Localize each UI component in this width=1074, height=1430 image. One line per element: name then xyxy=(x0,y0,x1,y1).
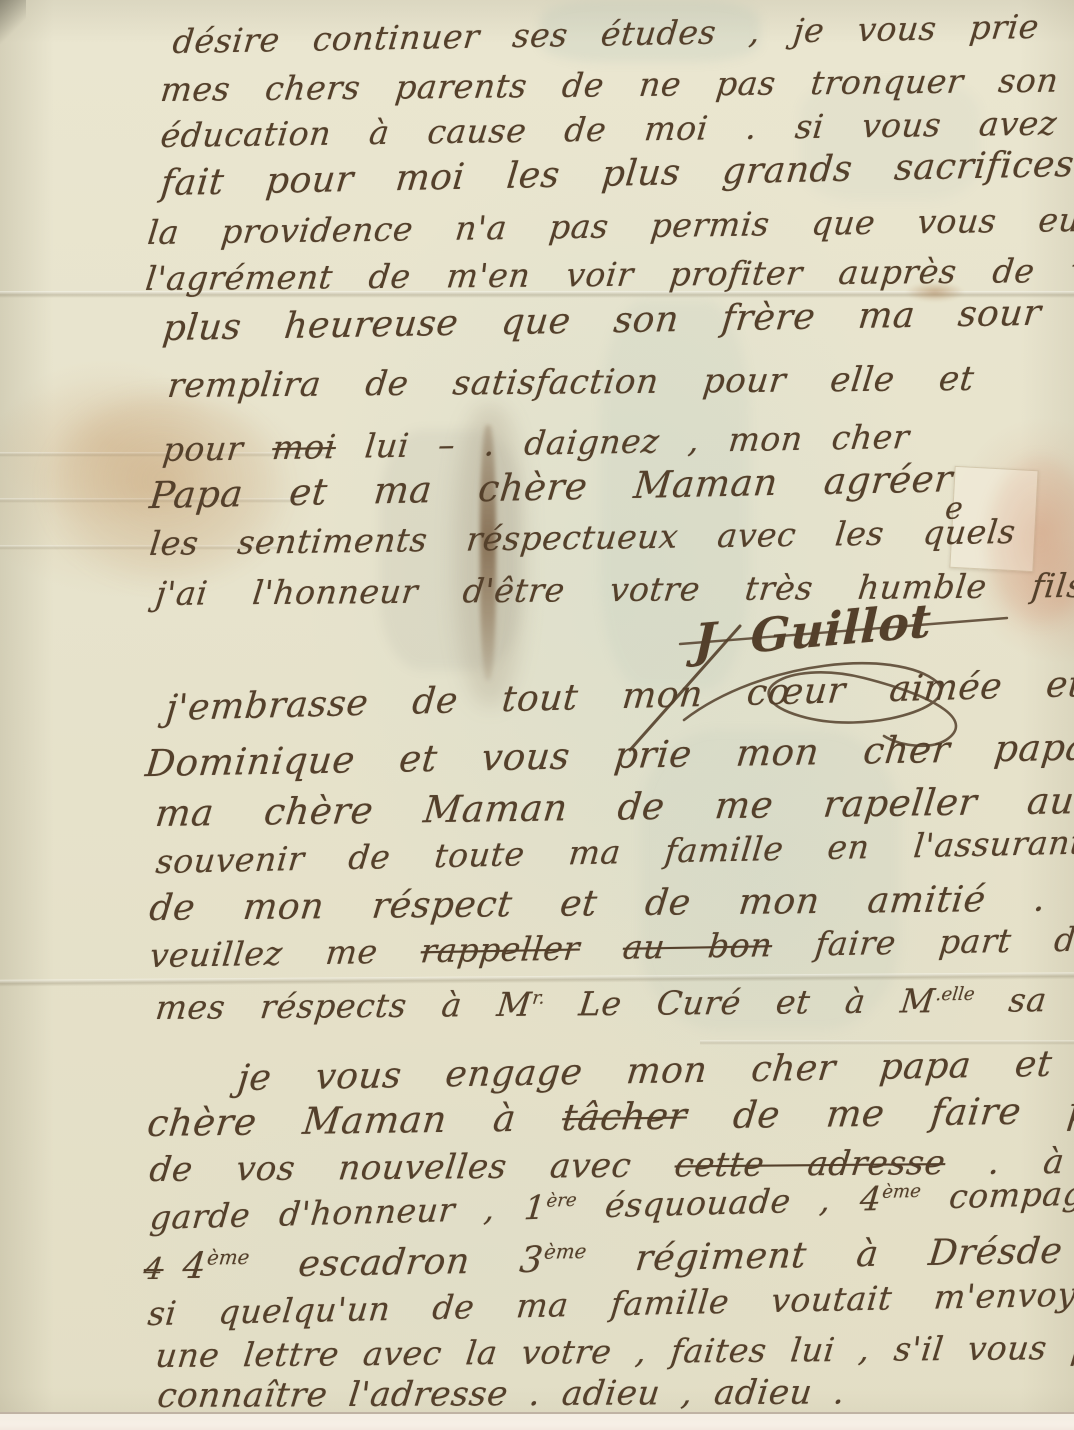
line-segment: ère xyxy=(546,1190,578,1212)
line-segment: j'embrasse de tout mon cœur aimée et xyxy=(164,664,1074,729)
line-segment: tâcher xyxy=(560,1094,689,1139)
line-segment: veuillez me xyxy=(148,931,423,975)
handwritten-line: Dominique et vous prie mon cher papa et xyxy=(143,724,1074,785)
stray-ink-mark: e xyxy=(944,491,964,527)
line-segment: Le Curé et à M xyxy=(542,981,937,1023)
handwritten-line: désire continuer ses études , je vous pr… xyxy=(171,7,1041,61)
line-segment: e xyxy=(944,491,964,527)
line-segment: une lettre avec la votre , faites lui , … xyxy=(154,1327,1074,1375)
handwritten-line: plus heureuse que son frère ma sour vous xyxy=(161,290,1074,349)
handwritten-line: 4 xyxy=(142,1252,166,1287)
line-segment: au bon xyxy=(621,925,774,967)
handwritten-line: l'agrément de m'en voir profiter auprès … xyxy=(144,250,1074,298)
line-segment: rappeller xyxy=(419,928,582,970)
handwritten-line: j'embrasse de tout mon cœur aimée et xyxy=(164,664,1074,729)
handwritten-line: de mon réspect et de mon amitié . xyxy=(147,879,1048,929)
line-segment: de me faire passer xyxy=(685,1087,1074,1137)
line-segment: 4 xyxy=(142,1252,166,1287)
handwritten-line: j'ai l'honneur d'être votre très humble … xyxy=(154,566,1074,613)
line-segment: Dominique et vous prie mon cher papa et xyxy=(143,724,1074,785)
line-segment: ème xyxy=(881,1181,922,1203)
line-segment: moi xyxy=(270,427,338,467)
line-segment: mes chers parents de ne pas tronquer son… xyxy=(159,60,1074,110)
line-segment: mes réspects à M xyxy=(154,985,534,1027)
line-segment: ème xyxy=(206,1246,251,1270)
line-segment: de mon réspect et de mon amitié . xyxy=(147,879,1048,929)
line-segment: ésquouade , 4 xyxy=(574,1179,883,1226)
line-segment: pour xyxy=(161,428,275,469)
line-segment: la providence n'a pas permis que vous eu… xyxy=(146,199,1074,252)
letter-scan: désire continuer ses études , je vous pr… xyxy=(0,0,1074,1430)
line-segment: l'agrément de m'en voir profiter auprès … xyxy=(144,250,1074,298)
line-segment: compagnie xyxy=(918,1172,1074,1217)
handwritten-line: remplira de satisfaction pour elle et xyxy=(165,359,976,406)
handwritten-line: mes réspects à Mr. Le Curé et à M.elle s… xyxy=(154,979,1074,1027)
line-segment: lui – . daignez , mon cher xyxy=(334,417,912,466)
page-corner-shadow xyxy=(0,0,26,44)
handwritten-line: une lettre avec la votre , faites lui , … xyxy=(154,1327,1074,1375)
handwritten-line: la providence n'a pas permis que vous eu… xyxy=(146,199,1074,252)
line-segment: les sentiments réspectueux avec les quel… xyxy=(148,512,1018,563)
line-segment: j'ai l'honneur d'être votre très humble … xyxy=(154,566,1074,613)
line-segment: sa nièce . xyxy=(972,979,1074,1020)
line-segment: plus heureuse que son frère ma sour vous xyxy=(161,290,1074,349)
line-segment: connaître l'adresse . adieu , adieu . xyxy=(155,1372,847,1416)
line-segment xyxy=(578,928,625,968)
line-segment: de vos nouvelles avec xyxy=(147,1145,677,1190)
line-segment: .elle xyxy=(935,984,976,1005)
line-segment: remplira de satisfaction pour elle et xyxy=(165,359,976,406)
line-segment: désire continuer ses études , je vous pr… xyxy=(171,7,1041,61)
line-segment: faire part de xyxy=(770,919,1074,964)
line-segment: chère Maman à xyxy=(145,1096,564,1145)
handwritten-line: connaître l'adresse . adieu , adieu . xyxy=(155,1372,847,1416)
line-segment: régiment à Drésde xyxy=(583,1231,1064,1280)
handwritten-line: veuillez me rappeller au bon faire part … xyxy=(148,919,1074,975)
handwritten-line: les sentiments réspectueux avec les quel… xyxy=(148,512,1018,563)
line-segment: 4 xyxy=(181,1246,209,1287)
line-segment: escadron 3 xyxy=(246,1240,545,1286)
line-segment: ème xyxy=(543,1240,588,1264)
handwritten-line: mes chers parents de ne pas tronquer son… xyxy=(159,60,1074,110)
line-segment: garde d'honneur , 1 xyxy=(148,1188,548,1237)
